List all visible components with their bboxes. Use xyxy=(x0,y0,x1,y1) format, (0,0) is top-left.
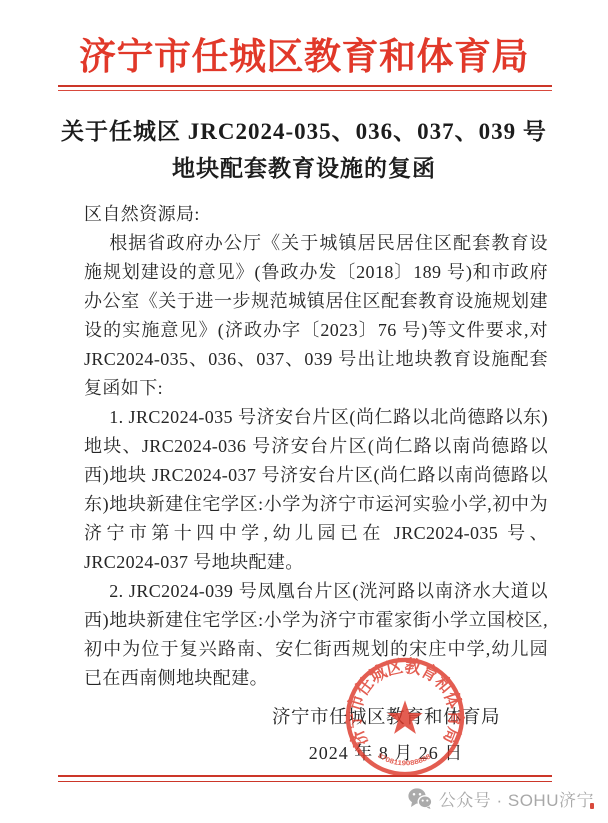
signature-date: 2024 年 8 月 26 日 xyxy=(272,743,500,763)
document-title-line1: 关于任城区 JRC2024-035、036、037、039 号 xyxy=(0,113,608,150)
letterhead-divider xyxy=(58,85,552,91)
watermark-text: 公众号 · SOHU济宁 xyxy=(439,786,594,811)
signature-org: 济宁市任城区教育和体育局 xyxy=(272,708,500,728)
wechat-icon xyxy=(408,788,432,809)
document-title: 关于任城区 JRC2024-035、036、037、039 号 地块配套教育设施… xyxy=(0,113,608,187)
paragraph-intro: 根据省政府办公厅《关于城镇居民居住区配套教育设施规划建设的意见》(鲁政办发〔20… xyxy=(84,229,548,403)
watermark: 公众号 · SOHU济宁 xyxy=(408,786,594,811)
document-page: 济宁市任城区教育和体育局 关于任城区 JRC2024-035、036、037、0… xyxy=(0,0,608,823)
footer-divider xyxy=(58,775,552,782)
paragraph-item-1: 1. JRC2024-035 号济安台片区(尚仁路以北尚德路以东)地块、JRC2… xyxy=(84,403,548,577)
letterhead-title: 济宁市任城区教育和体育局 xyxy=(0,26,608,80)
paragraph-item-2: 2. JRC2024-039 号凤凰台片区(洸河路以南济水大道以西)地块新建住宅… xyxy=(84,577,548,693)
signature-block: 济宁市任城区教育和体育局 2024 年 8 月 26 日 xyxy=(272,708,500,763)
document-title-line2: 地块配套教育设施的复函 xyxy=(0,150,608,187)
recipient-line: 区自然资源局: xyxy=(84,200,548,229)
scan-artifact-dot xyxy=(590,803,594,809)
document-body: 区自然资源局: 根据省政府办公厅《关于城镇居民居住区配套教育设施规划建设的意见》… xyxy=(84,200,548,693)
